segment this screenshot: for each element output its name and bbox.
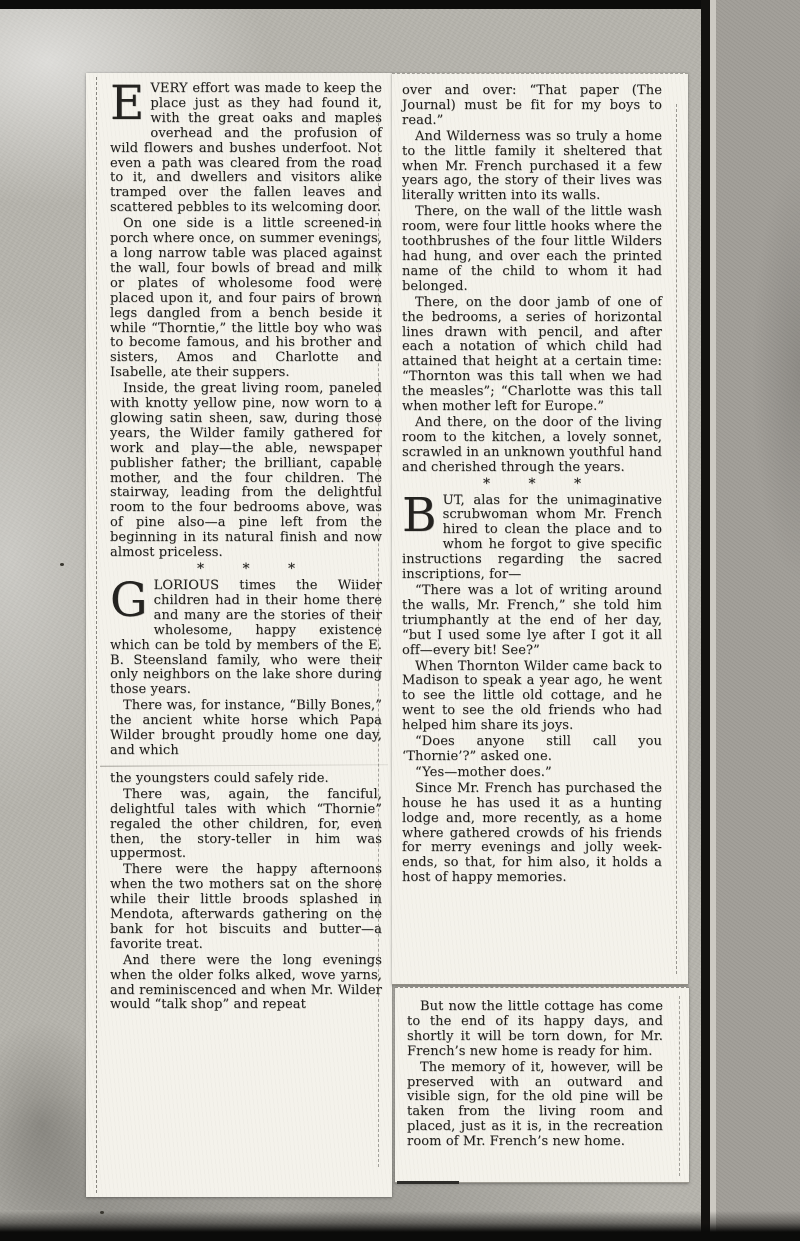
- article-paragraph: Since Mr. French has purchased the house…: [402, 782, 662, 886]
- newspaper-clipping-right-column-top: over and over: “That paper (The Journal)…: [392, 73, 688, 985]
- article-paragraph: the youngsters could safely ride.: [110, 772, 382, 787]
- article-paragraph: When Thornton Wilder came back to Madiso…: [402, 660, 662, 735]
- page-spine-line: [701, 0, 710, 1241]
- ink-speck: [100, 1211, 104, 1214]
- article-paragraph: “There was a lot of writing around the w…: [402, 584, 662, 659]
- drop-cap-letter: B: [402, 495, 437, 539]
- article-paragraph: There was, again, the fanciful, delightf…: [110, 788, 382, 863]
- drop-cap-letter: E: [110, 83, 144, 127]
- newspaper-clipping-right-column-bottom: But now the little cottage has come to t…: [395, 987, 689, 1183]
- clipping-end-rule: [397, 1181, 459, 1184]
- article-paragraph: “Yes—mother does.”: [402, 766, 662, 781]
- article-paragraph: GLORIOUS times the Wiider children had i…: [110, 579, 382, 698]
- scan-top-edge: [0, 0, 718, 9]
- article-paragraph: EVERY effort was made to keep the place …: [110, 82, 382, 216]
- drop-cap-letter: G: [110, 580, 148, 624]
- asterisk-separator: * * *: [402, 477, 662, 492]
- article-paragraph: There, on the door jamb of one of the be…: [402, 296, 662, 415]
- adjacent-page-edge: [716, 0, 800, 1241]
- article-paragraph: But now the little cottage has come to t…: [407, 1000, 663, 1060]
- article-paragraph: And Wilderness was so truly a home to th…: [402, 130, 662, 205]
- article-paragraph: And there, on the door of the living roo…: [402, 416, 662, 476]
- article-paragraph: “Does anyone still call you ‘Thornie’?” …: [402, 735, 662, 765]
- article-paragraph: over and over: “That paper (The Journal)…: [402, 84, 662, 129]
- scrapbook-page: EVERY effort was made to keep the place …: [0, 0, 800, 1241]
- article-paragraph: There were the happy afternoons when the…: [110, 863, 382, 952]
- article-paragraph: Inside, the great living room, paneled w…: [110, 382, 382, 561]
- article-paragraph: On one side is a little screened-in porc…: [110, 217, 382, 381]
- article-paragraph: There, on the wall of the little wash ro…: [402, 205, 662, 294]
- ink-speck: [60, 563, 64, 566]
- article-paragraph: BUT, alas for the unimaginative scrubwom…: [402, 494, 662, 583]
- clipping-cut-seam: [100, 761, 388, 770]
- asterisk-separator: * * *: [110, 562, 382, 577]
- article-paragraph: There was, for instance, “Billy Bones,” …: [110, 699, 382, 759]
- article-paragraph: The memory of it, however, will be prese…: [407, 1061, 663, 1150]
- newspaper-clipping-left-column: EVERY effort was made to keep the place …: [86, 73, 392, 1197]
- scan-bottom-edge: [0, 1211, 800, 1241]
- article-paragraph: And there were the long evenings when th…: [110, 954, 382, 1014]
